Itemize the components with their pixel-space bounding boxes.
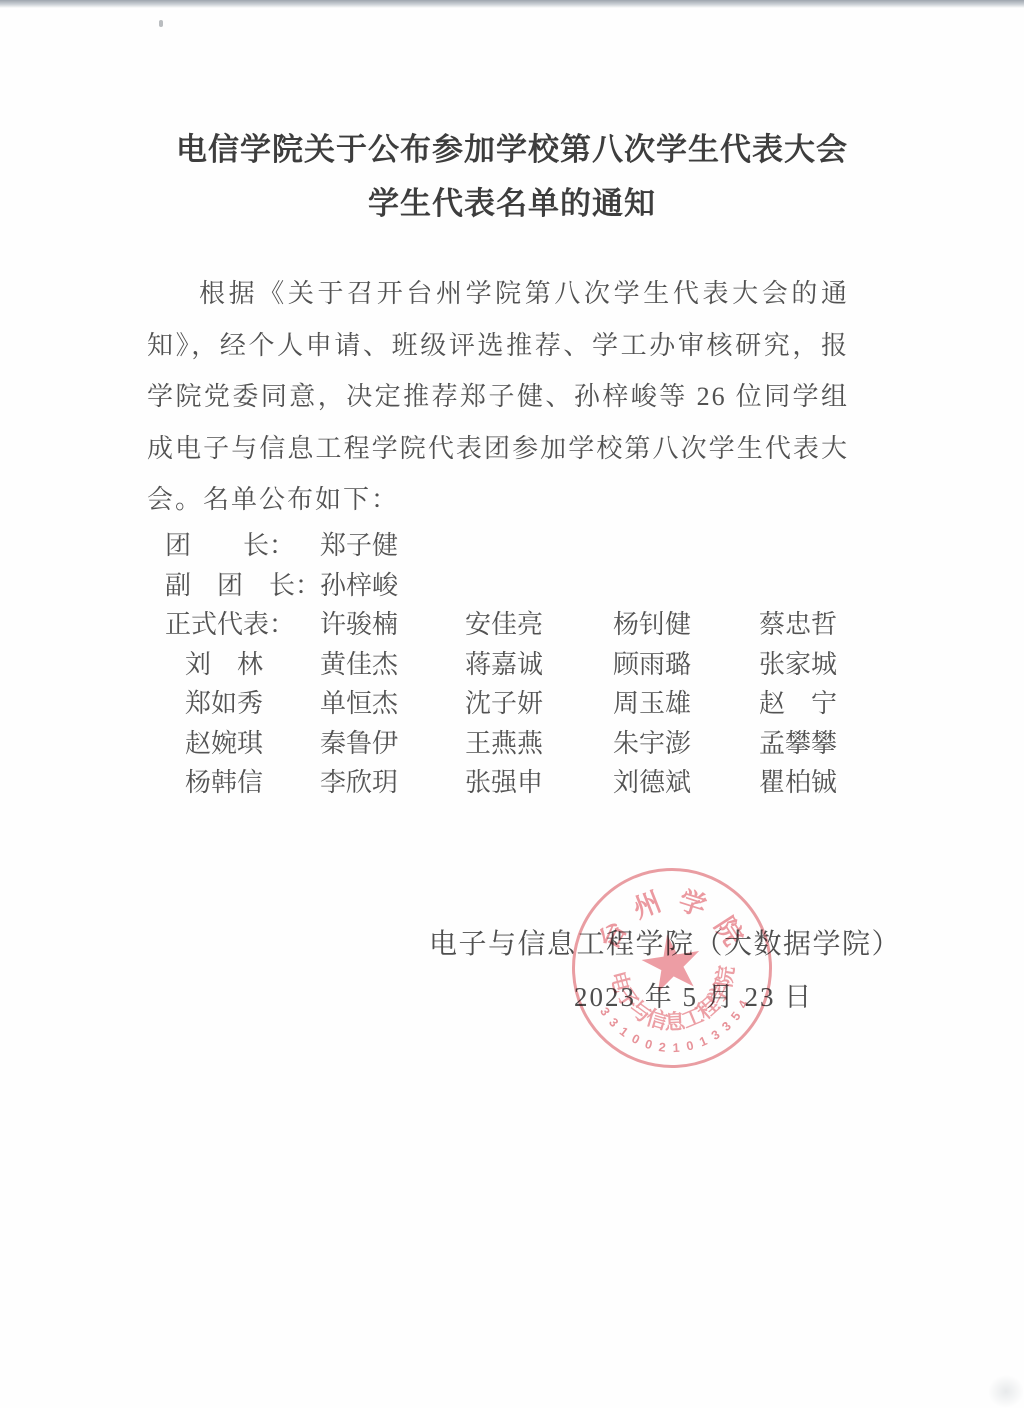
roster-label: 副 团 长：: [147, 565, 320, 602]
roster-row-formal-reps-5: 杨韩信 李欣玥 张强申 刘德斌 瞿柏铖: [147, 761, 867, 801]
roster-label: 团 长：: [147, 525, 320, 562]
seal-arc-char: 3: [709, 1027, 722, 1043]
seal-arc-char: 0: [643, 1037, 654, 1052]
scan-smudge-artifact: [904, 1298, 1024, 1408]
seal-arc-char: 1: [672, 1041, 680, 1055]
seal-arc-char: 1: [697, 1034, 709, 1050]
roster-row-leader: 团 长： 郑子健: [147, 524, 867, 564]
roster-name: 许骏楠: [320, 604, 465, 641]
seal-arc-char: 0: [685, 1038, 695, 1053]
seal-arc-char: 0: [629, 1031, 642, 1047]
scan-speck-artifact: [159, 20, 163, 27]
roster-name: 李欣玥: [320, 762, 465, 799]
roster-name: 张家城: [759, 644, 867, 681]
roster-name: 秦鲁伊: [320, 723, 465, 760]
roster-name: 刘德斌: [613, 762, 759, 799]
roster-name: 张强申: [465, 762, 613, 799]
seal-arc-char: 5: [728, 1009, 743, 1023]
official-seal-stamp: 台州学院 电子与信息工程学院 3310021013354 ★: [567, 863, 777, 1073]
roster-name: 黄佳杰: [320, 644, 465, 681]
roster-row-formal-reps-3: 郑如秀 单恒杰 沈子妍 周玉雄 赵 宁: [147, 682, 867, 722]
seal-arc-char: 3: [719, 1019, 734, 1034]
roster-row-formal-reps-2: 刘 林 黄佳杰 蒋嘉诚 顾雨璐 张家城: [147, 643, 867, 683]
seal-arc-char: 2: [658, 1040, 667, 1055]
roster-name: 赵婉琪: [147, 723, 320, 760]
seal-arc-char: 1: [617, 1024, 631, 1039]
scan-top-edge-artifact: [0, 0, 1024, 8]
roster-name: 刘 林: [147, 644, 320, 681]
roster-name: 顾雨璐: [613, 644, 759, 681]
roster-row-deputy-leader: 副 团 长： 孙梓峻: [147, 564, 867, 604]
roster-name: 蒋嘉诚: [465, 644, 613, 681]
roster-name: 瞿柏铖: [759, 762, 867, 799]
representative-roster: 团 长： 郑子健 副 团 长： 孙梓峻 正式代表： 许骏楠 安佳亮 杨钊健 蔡忠…: [147, 524, 867, 801]
seal-arc-char: 3: [597, 1005, 613, 1018]
seal-arc-char: 4: [735, 998, 751, 1011]
roster-name: 杨钊健: [613, 604, 759, 641]
roster-name: 郑子健: [320, 525, 465, 562]
star-icon: ★: [632, 921, 711, 1007]
roster-name: 单恒杰: [320, 683, 465, 720]
notice-body-paragraph: 根据《关于召开台州学院第八次学生代表大会的通知》，经个人申请、班级评选推荐、学工…: [147, 268, 849, 526]
document-page: 电信学院关于公布参加学校第八次学生代表大会 学生代表名单的通知 根据《关于召开台…: [0, 0, 1024, 1408]
roster-name: 孟攀攀: [759, 723, 867, 760]
roster-row-formal-reps-4: 赵婉琪 秦鲁伊 王燕燕 朱宇澎 孟攀攀: [147, 722, 867, 762]
roster-name: 安佳亮: [465, 604, 613, 641]
roster-name: 蔡忠哲: [759, 604, 867, 641]
roster-name: 赵 宁: [759, 683, 867, 720]
roster-name: 王燕燕: [465, 723, 613, 760]
roster-name: 郑如秀: [147, 683, 320, 720]
notice-title-line2: 学生代表名单的通知: [0, 178, 1024, 223]
roster-name: 周玉雄: [613, 683, 759, 720]
roster-row-formal-reps-1: 正式代表： 许骏楠 安佳亮 杨钊健 蔡忠哲: [147, 603, 867, 643]
roster-label: 正式代表：: [147, 604, 320, 641]
roster-name: 朱宇澎: [613, 723, 759, 760]
roster-name: 孙梓峻: [320, 565, 465, 602]
roster-name: 沈子妍: [465, 683, 613, 720]
roster-name: 杨韩信: [147, 762, 320, 799]
notice-title-line1: 电信学院关于公布参加学校第八次学生代表大会: [0, 124, 1024, 169]
seal-arc-char: 3: [606, 1015, 621, 1030]
